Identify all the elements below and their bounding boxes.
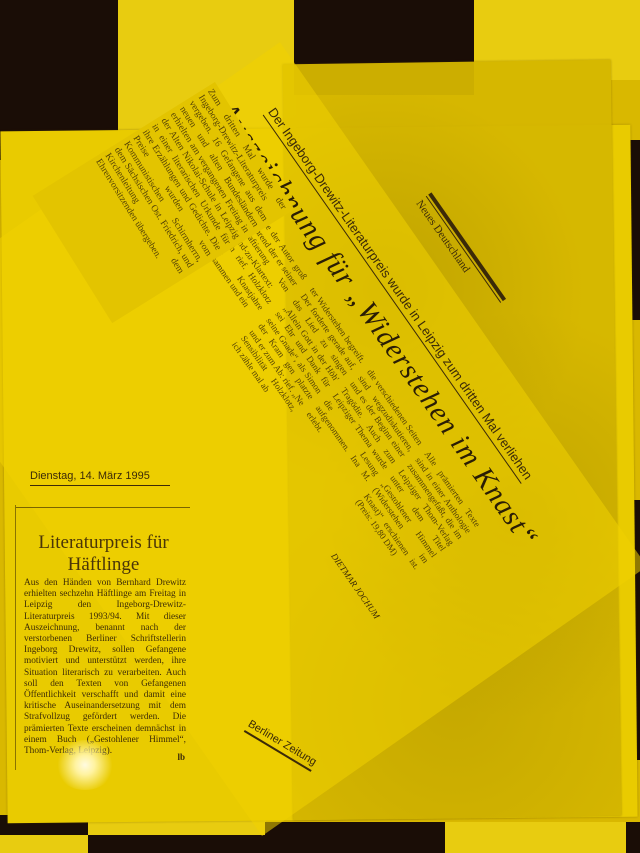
checker-square	[265, 822, 445, 853]
clipping-signature: lb	[177, 752, 185, 762]
flash-glare	[55, 740, 115, 790]
checker-square	[445, 822, 630, 853]
clipping-headline: Literaturpreis für Häftlinge	[16, 532, 191, 576]
second-clipping: Literaturpreis für Häftlinge Aus den Hän…	[15, 505, 191, 770]
clipping-body: Aus den Händen von Bernhard Drewitz erhi…	[24, 578, 186, 757]
checker-square	[0, 835, 90, 853]
checker-square	[626, 822, 640, 853]
clipping-date: Dienstag, 14. März 1995	[30, 470, 170, 486]
